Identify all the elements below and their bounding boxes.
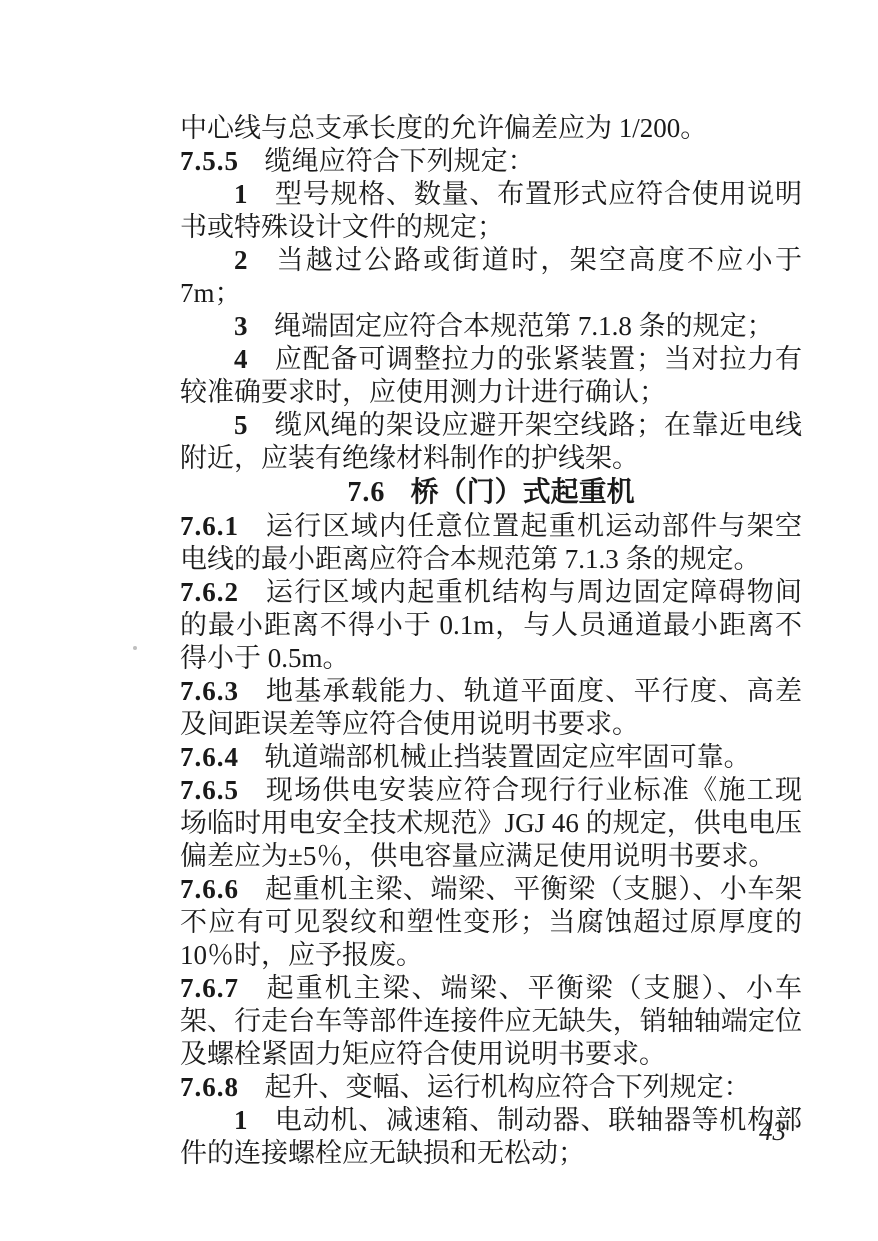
subitem-4: 4应配备可调整拉力的张紧装置；当对拉力有较准确要求时，应使用测力计进行确认； xyxy=(180,343,802,409)
subitem-text: 电动机、减速箱、制动器、联轴器等机构部件的连接螺栓应无缺损和无松动； xyxy=(180,1105,802,1168)
scan-artifact-speck xyxy=(133,646,137,650)
clause-number: 7.6.6 xyxy=(180,874,239,904)
section-heading-7-6: 7.6桥（门）式起重机 xyxy=(180,475,802,510)
clause-7-6-3: 7.6.3地基承载能力、轨道平面度、平行度、高差及间距误差等应符合使用说明书要求… xyxy=(180,675,802,741)
clause-number: 7.6.5 xyxy=(180,775,239,805)
subitem-text: 当越过公路或街道时，架空高度不应小于 7m； xyxy=(180,245,802,308)
clause-7-6-5: 7.6.5现场供电安装应符合现行行业标准《施工现场临时用电安全技术规范》JGJ … xyxy=(180,774,802,873)
clause-text: 运行区域内起重机结构与周边固定障碍物间的最小距离不得小于 0.1m，与人员通道最… xyxy=(180,577,802,673)
subitem-3: 3绳端固定应符合本规范第 7.1.8 条的规定； xyxy=(180,310,802,343)
clause-number: 7.5.5 xyxy=(180,146,239,176)
clause-text: 现场供电安装应符合现行行业标准《施工现场临时用电安全技术规范》JGJ 46 的规… xyxy=(180,775,802,871)
clause-number: 7.6.4 xyxy=(180,742,239,772)
clause-7-6-4: 7.6.4轨道端部机械止挡装置固定应牢固可靠。 xyxy=(180,741,802,774)
document-page: 中心线与总支承长度的允许偏差应为 1/200。 7.5.5缆绳应符合下列规定： … xyxy=(0,0,878,1241)
subitem-5: 5缆风绳的架设应避开架空线路；在靠近电线附近，应装有绝缘材料制作的护线架。 xyxy=(180,409,802,475)
subitem-7-6-8-1: 1电动机、减速箱、制动器、联轴器等机构部件的连接螺栓应无缺损和无松动； xyxy=(180,1104,802,1170)
clause-7-6-6: 7.6.6起重机主梁、端梁、平衡梁（支腿）、小车架不应有可见裂纹和塑性变形；当腐… xyxy=(180,873,802,972)
subitem-2: 2当越过公路或街道时，架空高度不应小于 7m； xyxy=(180,244,802,310)
clause-text: 缆绳应符合下列规定： xyxy=(265,146,535,176)
clause-number: 7.6.8 xyxy=(180,1072,239,1102)
section-title: 桥（门）式起重机 xyxy=(411,477,635,508)
clause-7-5-5: 7.5.5缆绳应符合下列规定： xyxy=(180,145,802,178)
subitem-number: 5 xyxy=(234,410,249,440)
clause-7-6-7: 7.6.7起重机主梁、端梁、平衡梁（支腿）、小车架、行走台车等部件连接件应无缺失… xyxy=(180,972,802,1071)
clause-text: 起升、变幅、运行机构应符合下列规定： xyxy=(265,1072,751,1102)
clause-number: 7.6.3 xyxy=(180,676,239,706)
clause-number: 7.6.2 xyxy=(180,577,239,607)
page-number: 43 xyxy=(759,1116,786,1147)
page-body: 中心线与总支承长度的允许偏差应为 1/200。 7.5.5缆绳应符合下列规定： … xyxy=(180,112,802,1170)
subitem-text: 缆风绳的架设应避开架空线路；在靠近电线附近，应装有绝缘材料制作的护线架。 xyxy=(180,410,802,473)
subitem-number: 2 xyxy=(234,245,249,275)
clause-text: 起重机主梁、端梁、平衡梁（支腿）、小车架不应有可见裂纹和塑性变形；当腐蚀超过原厚… xyxy=(180,874,802,970)
subitem-number: 1 xyxy=(234,179,249,209)
subitem-text: 型号规格、数量、布置形式应符合使用说明书或特殊设计文件的规定； xyxy=(180,179,802,242)
clause-number: 7.6.7 xyxy=(180,973,239,1003)
clause-text: 轨道端部机械止挡装置固定应牢固可靠。 xyxy=(265,742,751,772)
clause-7-6-1: 7.6.1运行区域内任意位置起重机运动部件与架空电线的最小距离应符合本规范第 7… xyxy=(180,510,802,576)
clause-7-6-8: 7.6.8起升、变幅、运行机构应符合下列规定： xyxy=(180,1071,802,1104)
clause-text: 地基承载能力、轨道平面度、平行度、高差及间距误差等应符合使用说明书要求。 xyxy=(180,676,802,739)
subitem-1: 1型号规格、数量、布置形式应符合使用说明书或特殊设计文件的规定； xyxy=(180,178,802,244)
subitem-number: 4 xyxy=(234,344,249,374)
subitem-number: 3 xyxy=(234,311,249,341)
clause-number: 7.6.1 xyxy=(180,511,239,541)
continuation-paragraph: 中心线与总支承长度的允许偏差应为 1/200。 xyxy=(180,112,802,145)
section-number: 7.6 xyxy=(347,477,385,508)
subitem-number: 1 xyxy=(234,1105,249,1135)
subitem-text: 应配备可调整拉力的张紧装置；当对拉力有较准确要求时，应使用测力计进行确认； xyxy=(180,344,802,407)
clause-7-6-2: 7.6.2运行区域内起重机结构与周边固定障碍物间的最小距离不得小于 0.1m，与… xyxy=(180,576,802,675)
clause-text: 起重机主梁、端梁、平衡梁（支腿）、小车架、行走台车等部件连接件应无缺失，销轴轴端… xyxy=(180,973,802,1069)
subitem-text: 绳端固定应符合本规范第 7.1.8 条的规定； xyxy=(274,311,774,341)
clause-text: 运行区域内任意位置起重机运动部件与架空电线的最小距离应符合本规范第 7.1.3 … xyxy=(180,511,802,574)
